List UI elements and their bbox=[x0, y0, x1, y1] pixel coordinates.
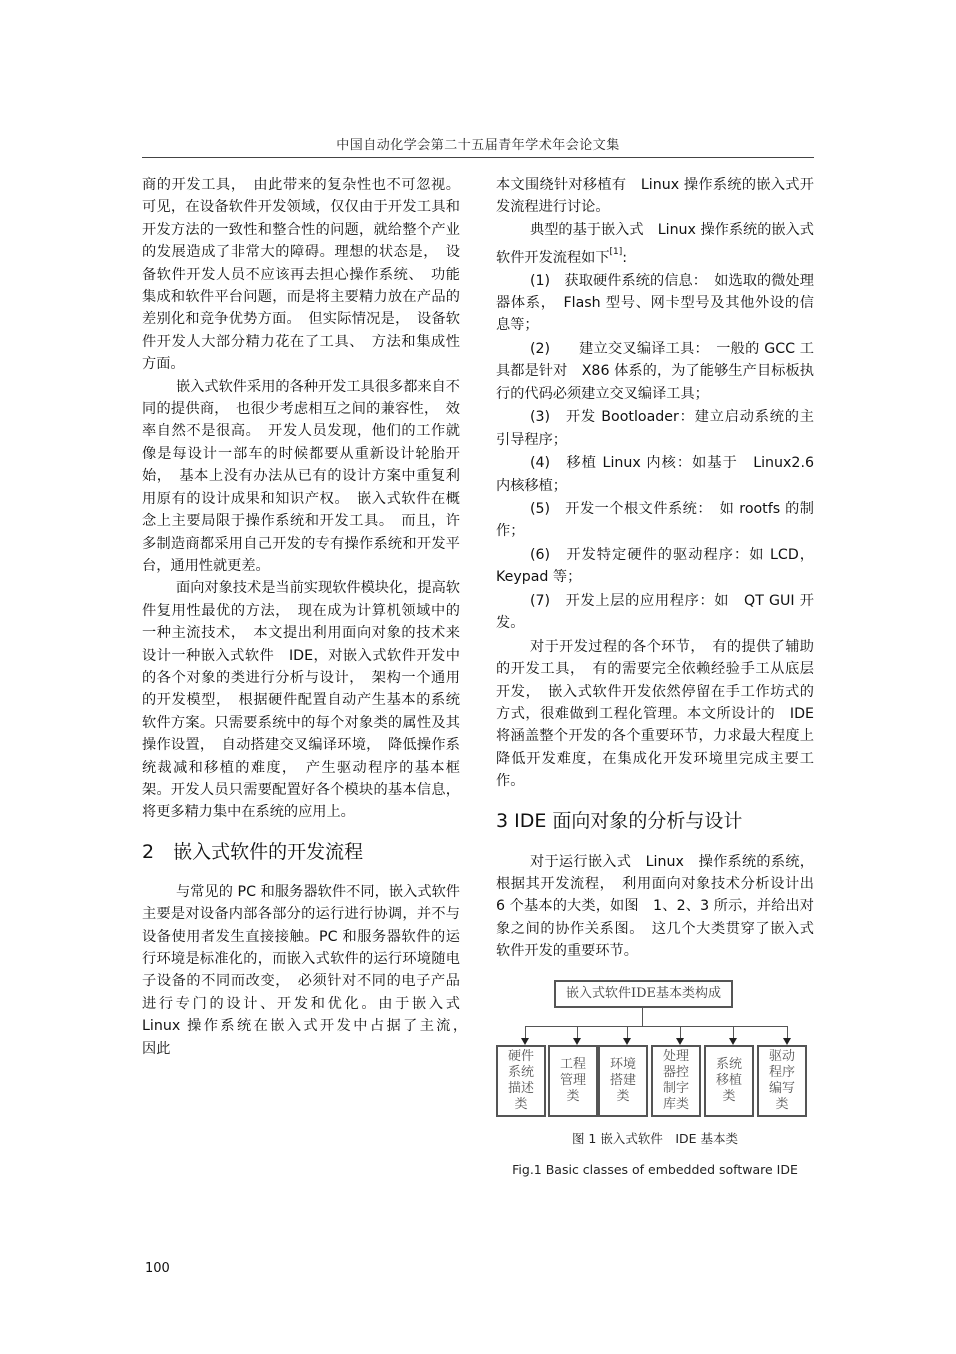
list-item: (5) 开发一个根文件系统： 如 rootfs 的制作； bbox=[496, 498, 814, 543]
diagram-node: 处理 器控 制字 库类 bbox=[651, 1045, 701, 1117]
paragraph: 典型的基于嵌入式 Linux 操作系统的嵌入式软件开发流程如下[1]: bbox=[496, 219, 814, 270]
diagram-node: 驱动 程序 编写 类 bbox=[757, 1045, 807, 1117]
flow-intro-text: 典型的基于嵌入式 Linux 操作系统的嵌入式软件开发流程如下 bbox=[496, 222, 814, 266]
connector-line bbox=[525, 1026, 787, 1027]
arrow-down-icon bbox=[729, 1038, 737, 1045]
list-item: (2) 建立交叉编译工具： 一般的 GCC 工具都是针对 X86 体系的，为了能… bbox=[496, 338, 814, 405]
paragraph: 与常见的 PC 和服务器软件不同，嵌入式软件主要是对设备内部各部分的运行进行协调… bbox=[142, 881, 460, 1060]
paragraph: 嵌入式软件采用的各种开发工具很多都来自不同的提供商， 也很少考虑相互之间的兼容性… bbox=[142, 376, 460, 578]
diagram-node: 系统 移植 类 bbox=[704, 1045, 754, 1117]
step-list: (1) 获取硬件系统的信息： 如选取的微处理器体系， Flash 型号、网卡型号… bbox=[496, 270, 814, 635]
paragraph: 商的开发工具， 由此带来的复杂性也不可忽视。可见，在设备软件开发领域，仅仅由于开… bbox=[142, 174, 460, 376]
right-column: 本文围绕针对移植有 Linux 操作系统的嵌入式开发流程进行讨论。 典型的基于嵌… bbox=[496, 174, 814, 1181]
diagram-node: 硬件 系统 描述 类 bbox=[496, 1045, 546, 1117]
figure-caption-cn: 图 1 嵌入式软件 IDE 基本类 bbox=[496, 1128, 814, 1150]
diagram-root-node: 嵌入式软件IDE基本类构成 bbox=[554, 980, 733, 1008]
arrow-down-icon bbox=[783, 1038, 791, 1045]
arrow-down-icon bbox=[623, 1038, 631, 1045]
section-heading-2: 2 嵌入式软件的开发流程 bbox=[142, 839, 460, 865]
citation[interactable]: [1] bbox=[610, 247, 623, 257]
header-rule bbox=[142, 157, 814, 158]
running-header: 中国自动化学会第二十五届青年学术年会论文集 bbox=[142, 134, 814, 153]
paragraph: 对于开发过程的各个环节， 有的提供了辅助的开发工具， 有的需要完全依赖经验手工从… bbox=[496, 636, 814, 793]
figure-1-class-diagram: 嵌入式软件IDE基本类构成 硬件 系统 描述 类 工程 管理 类 环境 搭建 类… bbox=[496, 978, 812, 1128]
paragraph: 面向对象技术是当前实现软件模块化，提高软件复用性最优的方法， 现在成为计算机领域… bbox=[142, 577, 460, 823]
list-item: (4) 移植 Linux 内核：如基于 Linux2.6 内核移植； bbox=[496, 452, 814, 497]
page-number: 100 bbox=[145, 1261, 170, 1276]
section-heading-3: 3 IDE 面向对象的分析与设计 bbox=[496, 808, 814, 834]
list-item: (6) 开发特定硬件的驱动程序：如 LCD，Keypad 等； bbox=[496, 544, 814, 589]
connector-line bbox=[642, 1006, 643, 1026]
figure-caption-en: Fig.1 Basic classes of embedded software… bbox=[496, 1159, 814, 1181]
list-item: (7) 开发上层的应用程序：如 QT GUI 开发。 bbox=[496, 590, 814, 635]
paragraph: 本文围绕针对移植有 Linux 操作系统的嵌入式开发流程进行讨论。 bbox=[496, 174, 814, 219]
left-column: 商的开发工具， 由此带来的复杂性也不可忽视。可见，在设备软件开发领域，仅仅由于开… bbox=[142, 174, 460, 1060]
diagram-node: 工程 管理 类 bbox=[548, 1045, 598, 1117]
paragraph: 对于运行嵌入式 Linux 操作系统的系统，根据其开发流程， 利用面向对象技术分… bbox=[496, 851, 814, 963]
diagram-node: 环境 搭建 类 bbox=[598, 1045, 648, 1117]
arrow-down-icon bbox=[521, 1038, 529, 1045]
arrow-down-icon bbox=[573, 1038, 581, 1045]
list-item: (1) 获取硬件系统的信息： 如选取的微处理器体系， Flash 型号、网卡型号… bbox=[496, 270, 814, 337]
flow-intro-colon: : bbox=[622, 250, 627, 266]
arrow-down-icon bbox=[676, 1038, 684, 1045]
list-item: (3) 开发 Bootloader：建立启动系统的主引导程序； bbox=[496, 406, 814, 451]
